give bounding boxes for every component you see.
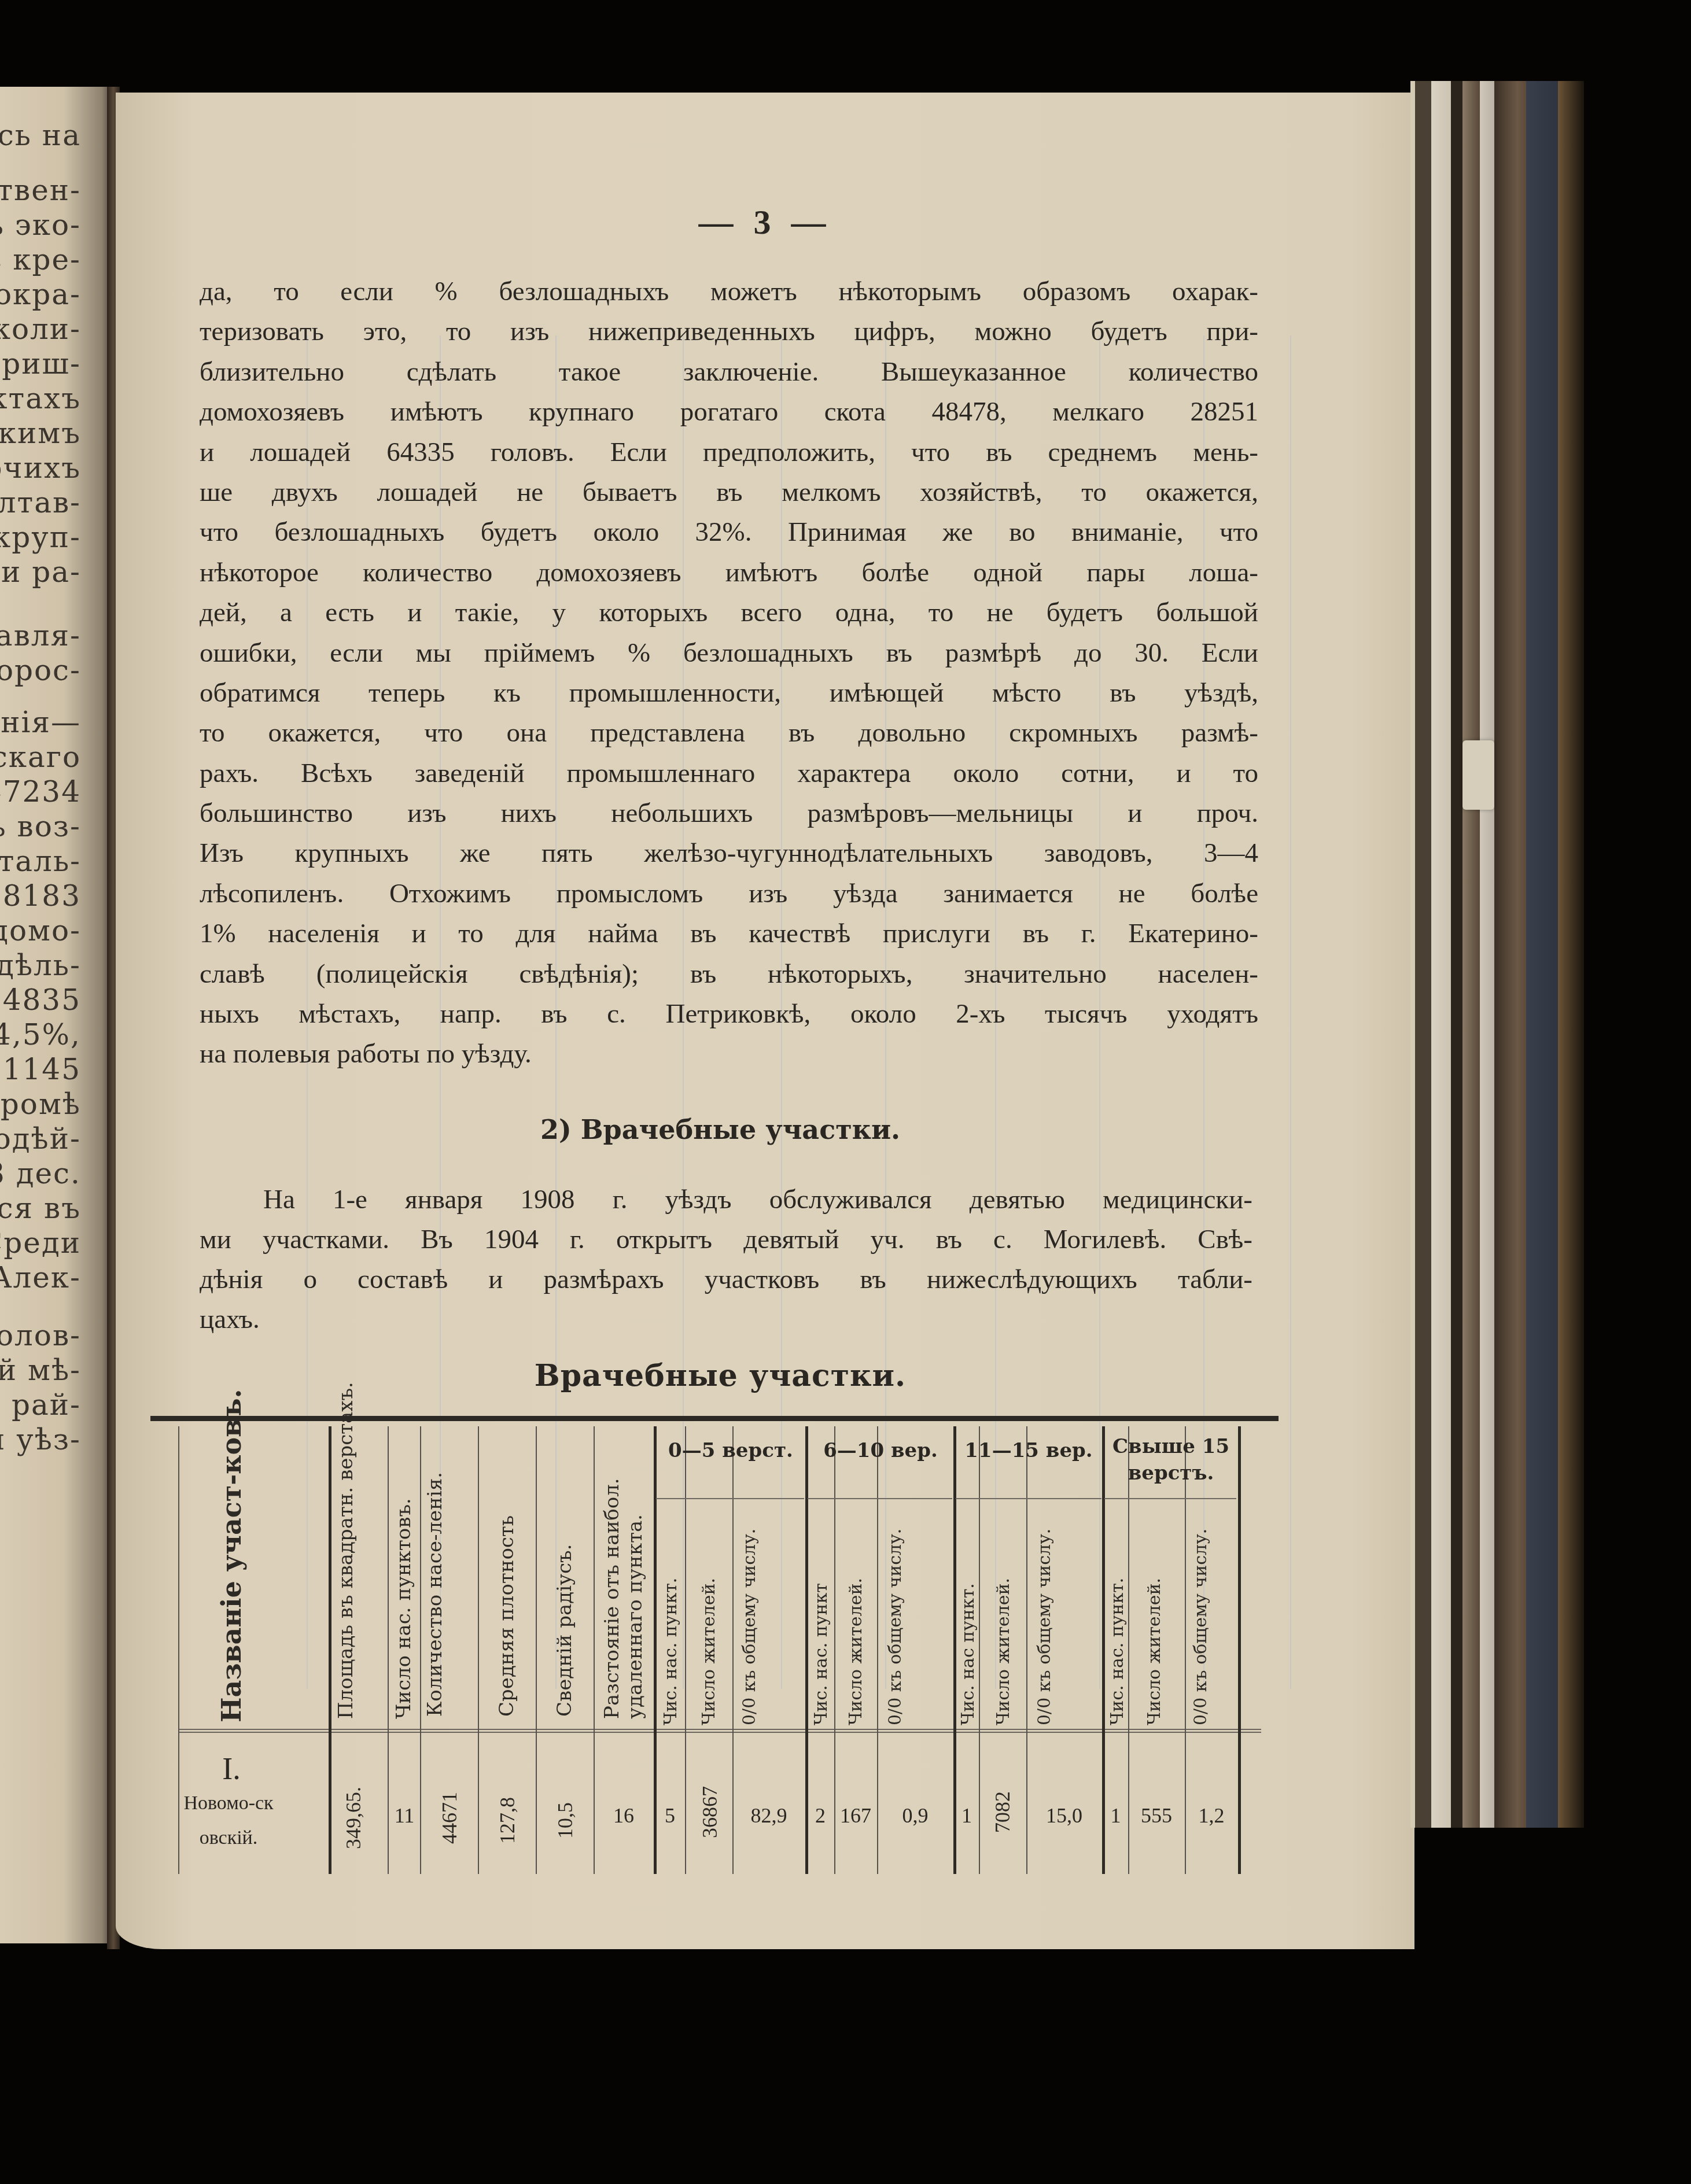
sub-header-points: Чис. нас. пункт. — [1106, 1506, 1129, 1725]
left-page-line-fragment: олтав- — [0, 486, 81, 519]
col-header-name: Названіе участ-ковъ. — [214, 1451, 249, 1722]
text-line: домохозяевъ имѣютъ крупнаго рогатаго ско… — [200, 392, 1258, 432]
cell-max-distance: 16 — [594, 1803, 654, 1828]
left-page-line-fragment: Среди — [0, 1226, 81, 1260]
page-number: — 3 — — [116, 202, 1414, 242]
text-line: и лошадей 64335 головъ. Если предположит… — [200, 433, 1258, 473]
left-page-line-fragment: рай- — [12, 1388, 81, 1422]
sub-header-points: Чис. нас. пункт. — [660, 1506, 683, 1725]
left-page-line-fragment: ь кре- — [0, 243, 81, 276]
text-line: обратимся теперь къ промышленности, имѣю… — [200, 673, 1258, 713]
left-page-line-fragment: енія— — [0, 706, 81, 739]
text-line: 1% населенія и то для найма въ качествѣ … — [200, 914, 1258, 954]
col-header-density: Средняя плотность — [495, 1485, 518, 1717]
col-header-population: Количество насе-ленія. — [423, 1462, 470, 1717]
text-line: то окажется, что она представлена въ дов… — [200, 713, 1258, 753]
text-line: теризовать это, то изъ нижеприведенныхъ … — [200, 312, 1258, 352]
left-page-line-fragment: одѣй- — [0, 1122, 81, 1156]
text-line: да, то если % безлошадныхъ можетъ нѣкото… — [200, 272, 1258, 312]
text-line: ныхъ мѣстахъ, напр. въ с. Петриковкѣ, ок… — [200, 994, 1258, 1034]
left-page-line-fragment: круп- — [0, 521, 81, 554]
group-label-6-10: 6—10 вер. — [808, 1439, 953, 1462]
table-row-district-name: I. Новомо-сковскій. — [179, 1751, 283, 1855]
cell-g2-percent: 15,0 — [1026, 1803, 1102, 1828]
text-line: дей, а есть и такіе, у которыхъ всего од… — [200, 593, 1258, 633]
left-page-line-fragment: коли- — [0, 312, 81, 346]
text-line: цахъ. — [200, 1300, 1252, 1340]
sub-header-percent: 0/0 къ общему числу. — [884, 1506, 942, 1725]
left-page-line-fragment: ктахъ — [0, 382, 81, 415]
cell-density: 127,8 — [495, 1786, 520, 1855]
left-page-line-fragment: ь эко- — [0, 208, 81, 242]
sub-header-points: Чис. нас. пункт — [810, 1506, 833, 1725]
group-label-0-5: 0—5 верст. — [656, 1439, 805, 1462]
left-page-line-fragment: ь воз- — [0, 810, 81, 843]
cell-g2-points: 1 — [955, 1803, 979, 1828]
district-number: I. — [179, 1751, 283, 1786]
text-line: Изъ крупныхъ же пять желѣзо-чугуннодѣлат… — [200, 833, 1258, 873]
cell-population: 44671 — [437, 1772, 462, 1864]
left-page-line-fragment: очихъ — [0, 451, 81, 485]
sub-header-points: Чис. нас пункт. — [957, 1506, 980, 1725]
text-line: славѣ (полицейскія свѣдѣнія); въ нѣкотор… — [200, 954, 1258, 994]
table-title: Врачебные участки. — [116, 1358, 1325, 1393]
cell-g0-points: 5 — [655, 1803, 685, 1828]
cell-g3-points: 1 — [1103, 1803, 1128, 1828]
facing-left-page: сь наствен-ь эко-ь кре-окра-коли-приш-кт… — [0, 87, 116, 1943]
text-line: рахъ. Всѣхъ заведеній промышленнаго хара… — [200, 754, 1258, 794]
text-line: нѣкоторое количество домохозяевъ имѣютъ … — [200, 553, 1258, 593]
cell-area: 349,65. — [341, 1769, 366, 1867]
left-page-line-fragment: болов- — [0, 1319, 81, 1352]
group-label-over-15: Свыше 15 верстъ. — [1105, 1433, 1237, 1486]
left-page-line-fragment: и ра- — [1, 555, 81, 589]
cell-g1-residents: 167 — [834, 1803, 877, 1828]
cell-g2-residents: 7082 — [990, 1774, 1015, 1850]
left-page-line-fragment: тавля- — [0, 619, 81, 652]
left-page-line-fragment: домо- — [0, 914, 81, 947]
table-top-rule — [150, 1416, 1279, 1421]
bookmark-tab — [1462, 740, 1494, 810]
cell-g1-points: 2 — [806, 1803, 834, 1828]
cell-g1-percent: 0,9 — [877, 1803, 953, 1828]
left-page-line-fragment: приш- — [0, 347, 81, 381]
sub-header-residents: Число жителей. — [845, 1506, 868, 1725]
text-line: лѣсопиленъ. Отхожимъ промысломъ изъ уѣзд… — [200, 874, 1258, 914]
left-page-line-fragment: Алек- — [0, 1261, 81, 1294]
left-page-line-fragment: 14835 — [0, 983, 81, 1017]
left-page-line-fragment: ой мѣ- — [0, 1353, 81, 1387]
left-page-line-fragment: орос- — [0, 654, 81, 687]
left-page-line-fragment: 47234 — [0, 775, 81, 809]
sub-header-percent: 0/0 къ общему числу. — [1189, 1506, 1236, 1725]
districts-table: Названіе участ-ковъ. Площадь въ квадратн… — [150, 1416, 1279, 1884]
left-page-line-fragment: сь на — [0, 119, 81, 152]
text-line: ше двухъ лошадей не бываетъ въ мелкомъ х… — [200, 473, 1258, 512]
left-page-line-fragment: сталь- — [0, 844, 81, 878]
text-line: что безлошадныхъ будетъ около 32%. Прини… — [200, 512, 1258, 552]
text-line: дѣнія о составѣ и размѣрахъ участковъ въ… — [200, 1260, 1252, 1300]
left-page-line-fragment: 4,5%, — [0, 1018, 81, 1052]
sub-header-percent: 0/0 къ общему числу. — [1033, 1506, 1091, 1725]
cell-g3-residents: 555 — [1128, 1803, 1185, 1828]
left-page-line-fragment: окра- — [0, 278, 81, 311]
left-page-line-fragment: искаго — [0, 740, 81, 774]
left-page-line-fragment: н уѣз- — [0, 1423, 81, 1456]
section-heading: 2) Врачебные участки. — [116, 1114, 1325, 1145]
sub-header-percent: 0/0 къ общему числу. — [738, 1506, 796, 1725]
group-label-11-15: 11—15 вер. — [956, 1439, 1101, 1462]
col-header-settlements: Число нас. пунктовъ. — [392, 1430, 415, 1719]
body-paragraph: да, то если % безлошадныхъ можетъ нѣкото… — [200, 272, 1258, 1075]
sub-header-residents: Число жителей. — [698, 1506, 721, 1725]
left-page-line-fragment: ся въ — [0, 1191, 81, 1225]
text-line: ошибки, если мы пріймемъ % безлошадныхъ … — [200, 633, 1258, 673]
text-line: на полевыя работы по уѣзду. — [200, 1034, 1258, 1074]
text-line: близительно сдѣлать такое заключеніе. Вы… — [200, 352, 1258, 392]
col-header-max-distance: Разстояніе отъ наибол. удаленнаго пункта… — [600, 1430, 647, 1719]
cell-g0-residents: 36867 — [698, 1769, 722, 1855]
text-line: На 1-е января 1908 г. уѣздъ обслуживался… — [200, 1180, 1252, 1220]
left-page-line-fragment: скимъ — [0, 416, 81, 450]
district-name: Новомо-сковскій. — [179, 1786, 278, 1855]
sub-header-residents: Число жителей. — [1143, 1506, 1166, 1725]
col-header-area: Площадь въ квадратн. верстахъ. — [334, 1430, 358, 1719]
left-page-line-fragment: дѣль- — [0, 949, 81, 982]
intro-paragraph: На 1-е января 1908 г. уѣздъ обслуживался… — [200, 1180, 1252, 1340]
left-page-line-fragment: 271145 — [0, 1053, 81, 1086]
book-page-edges — [1410, 81, 1584, 1828]
cell-radius: 10,5 — [553, 1792, 577, 1850]
cell-settlements: 11 — [389, 1803, 420, 1828]
table-header-rule — [179, 1729, 1261, 1733]
text-line: ми участками. Въ 1904 г. открытъ девятый… — [200, 1220, 1252, 1260]
col-header-radius: Сведній радіусъ. — [553, 1514, 576, 1717]
sub-header-residents: Число жителей. — [992, 1506, 1015, 1725]
cell-g0-percent: 82,9 — [732, 1803, 805, 1828]
left-page-line-fragment: 98183 — [0, 879, 81, 913]
cell-g3-percent: 1,2 — [1185, 1803, 1238, 1828]
left-page-line-fragment: 8 дес. — [0, 1157, 81, 1190]
left-page-line-fragment: Кромѣ — [0, 1087, 81, 1121]
text-line: большинство изъ нихъ небольшихъ размѣров… — [200, 794, 1258, 833]
left-page-line-fragment: ствен- — [0, 174, 81, 207]
